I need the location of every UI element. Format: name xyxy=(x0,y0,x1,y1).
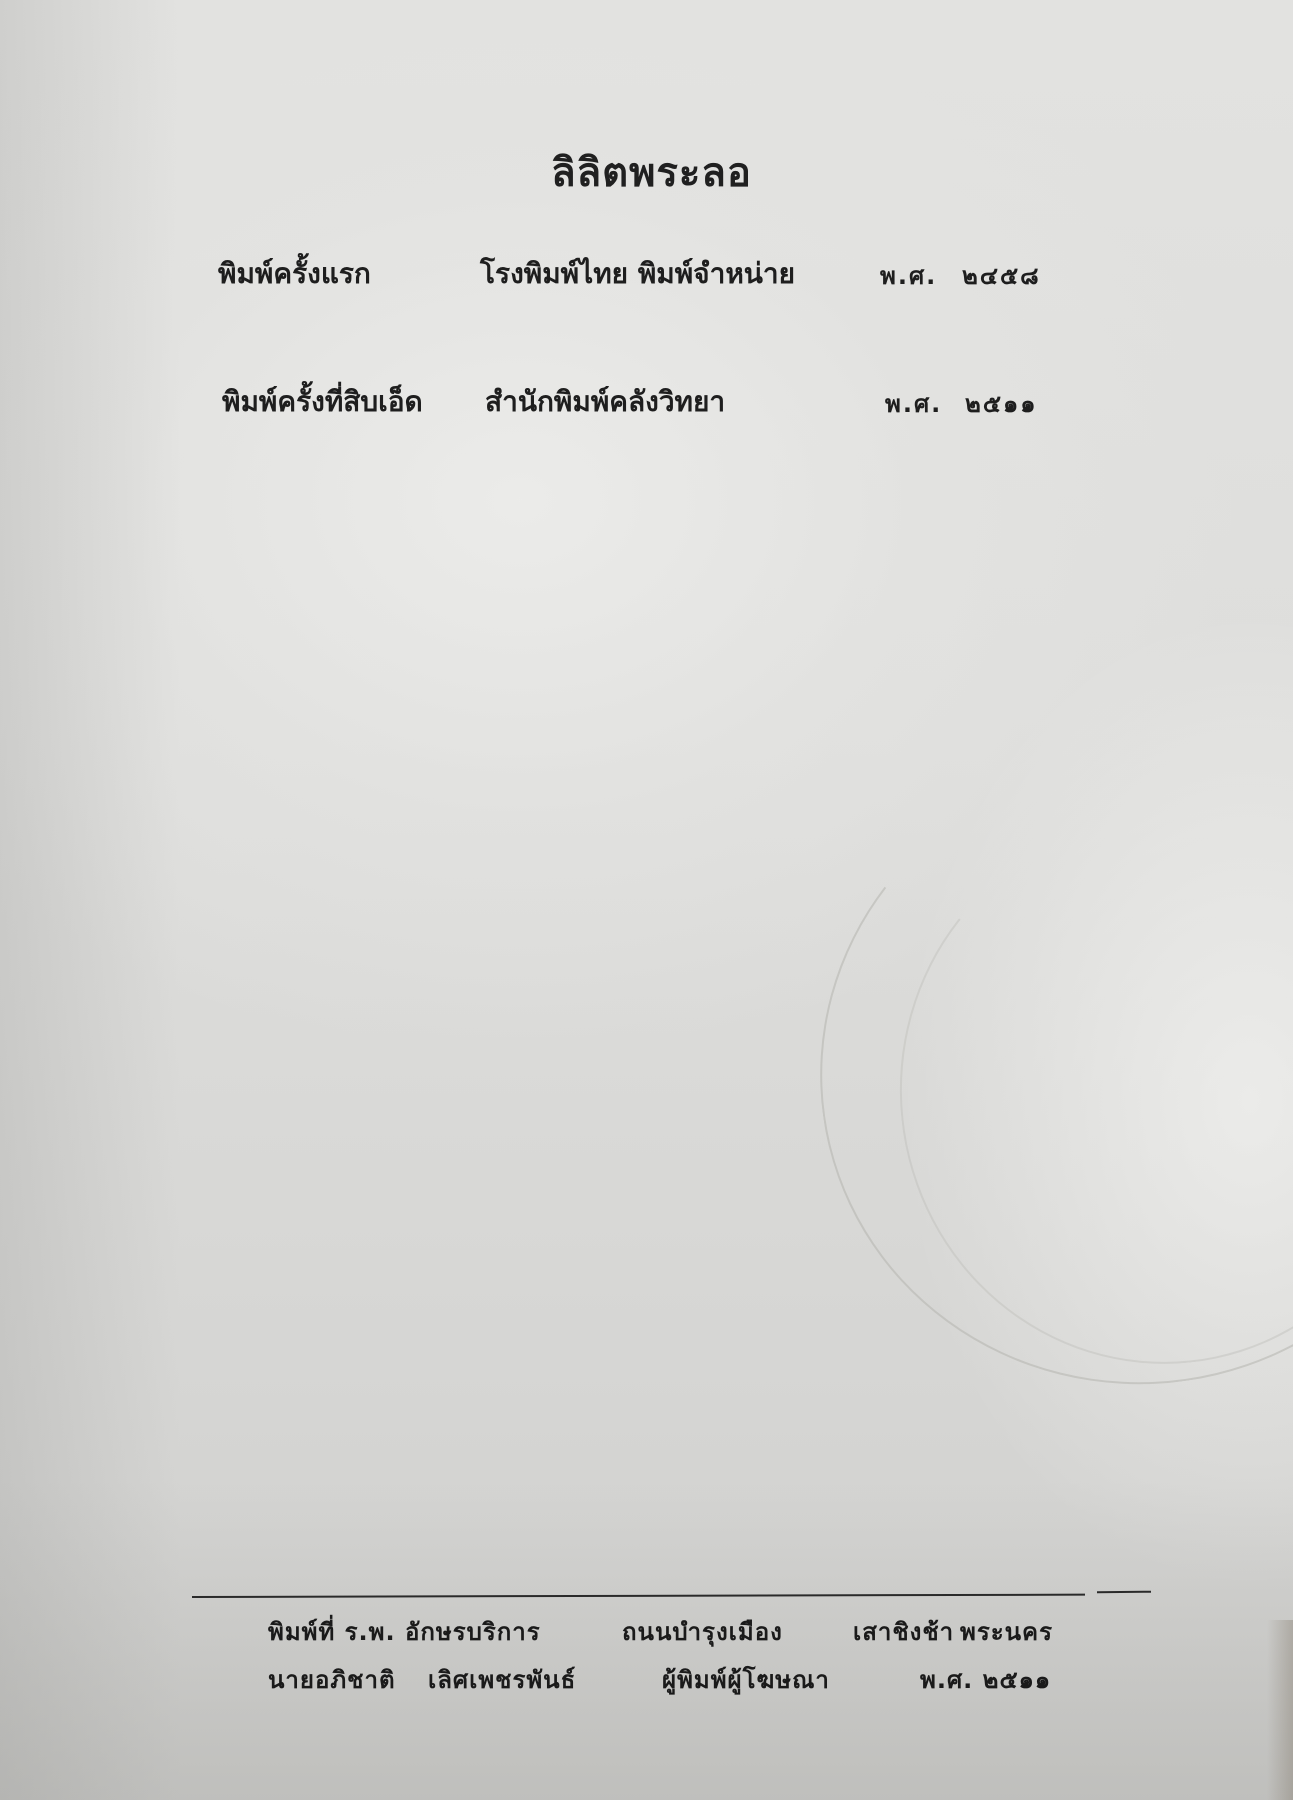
edition-label: พิมพ์ครั้งที่สิบเอ็ด xyxy=(222,380,423,424)
imprint-district: เสาชิงช้า xyxy=(853,1612,954,1651)
book-page: ลิลิตพระลอ พิมพ์ครั้งแรก โรงพิมพ์ไทย พิม… xyxy=(0,0,1293,1800)
imprint-role: ผู้พิมพ์ผู้โฆษณา xyxy=(662,1660,830,1699)
imprint-road: ถนนบำรุงเมือง xyxy=(622,1612,783,1651)
edition-year: ๒๕๑๑ xyxy=(965,384,1037,423)
edition-publisher: โรงพิมพ์ไทย พิมพ์จำหน่าย xyxy=(480,252,795,296)
imprint-publisher-line: นายอภิชาติ เลิศเพชรพันธ์ ผู้พิมพ์ผู้โฆษณ… xyxy=(0,1660,1293,1696)
imprint-printer: พิมพ์ที่ ร.พ. อักษรบริการ xyxy=(268,1612,541,1651)
edition-year: ๒๔๕๘ xyxy=(962,256,1041,295)
edition-publisher: สำนักพิมพ์คลังวิทยา xyxy=(485,380,725,424)
imprint-surname: เลิศเพชรพันธ์ xyxy=(428,1660,576,1699)
edition-era: พ.ศ. xyxy=(885,384,942,423)
book-title: ลิลิตพระลอ xyxy=(0,140,1293,204)
imprint-name: นายอภิชาติ xyxy=(268,1660,396,1699)
edition-row-eleventh: พิมพ์ครั้งที่สิบเอ็ด สำนักพิมพ์คลังวิทยา… xyxy=(0,380,1293,420)
edition-label: พิมพ์ครั้งแรก xyxy=(218,252,371,296)
imprint-city: พระนคร xyxy=(960,1612,1053,1651)
edition-row-first: พิมพ์ครั้งแรก โรงพิมพ์ไทย พิมพ์จำหน่าย พ… xyxy=(0,252,1293,292)
imprint-date: พ.ศ. ๒๕๑๑ xyxy=(920,1660,1051,1699)
edition-era: พ.ศ. xyxy=(880,256,937,295)
imprint-printer-line: พิมพ์ที่ ร.พ. อักษรบริการ ถนนบำรุงเมือง … xyxy=(0,1612,1293,1648)
